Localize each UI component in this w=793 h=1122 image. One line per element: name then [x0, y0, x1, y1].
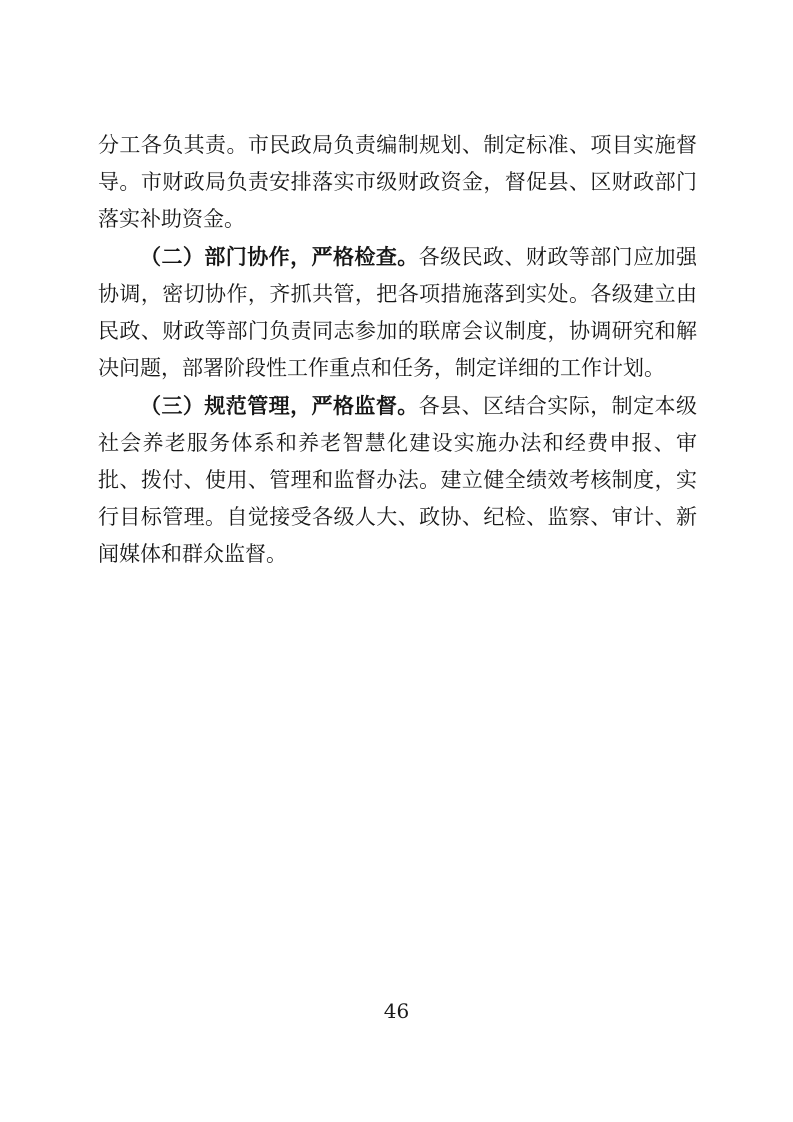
paragraph: （二）部门协作，严格检查。各级民政、财政等部门应加强协调，密切协作，齐抓共管，把… [98, 238, 697, 387]
text-run: 各县、区结合实际，制定本级社会养老服务体系和养老智慧化建设实施办法和经费申报、审… [98, 394, 697, 566]
page-number: 46 [0, 999, 793, 1023]
heading-run: （二）部门协作，严格检查。 [140, 244, 419, 269]
document-body: 分工各负其责。市民政局负责编制规划、制定标准、项目实施督导。市财政局负责安排落实… [98, 127, 697, 573]
document-page: 分工各负其责。市民政局负责编制规划、制定标准、项目实施督导。市财政局负责安排落实… [0, 0, 793, 1122]
paragraph: 分工各负其责。市民政局负责编制规划、制定标准、项目实施督导。市财政局负责安排落实… [98, 127, 697, 238]
paragraph: （三）规范管理，严格监督。各县、区结合实际，制定本级社会养老服务体系和养老智慧化… [98, 387, 697, 573]
text-run: 分工各负其责。市民政局负责编制规划、制定标准、项目实施督导。市财政局负责安排落实… [98, 133, 697, 231]
heading-run: （三）规范管理，严格监督。 [140, 393, 419, 418]
